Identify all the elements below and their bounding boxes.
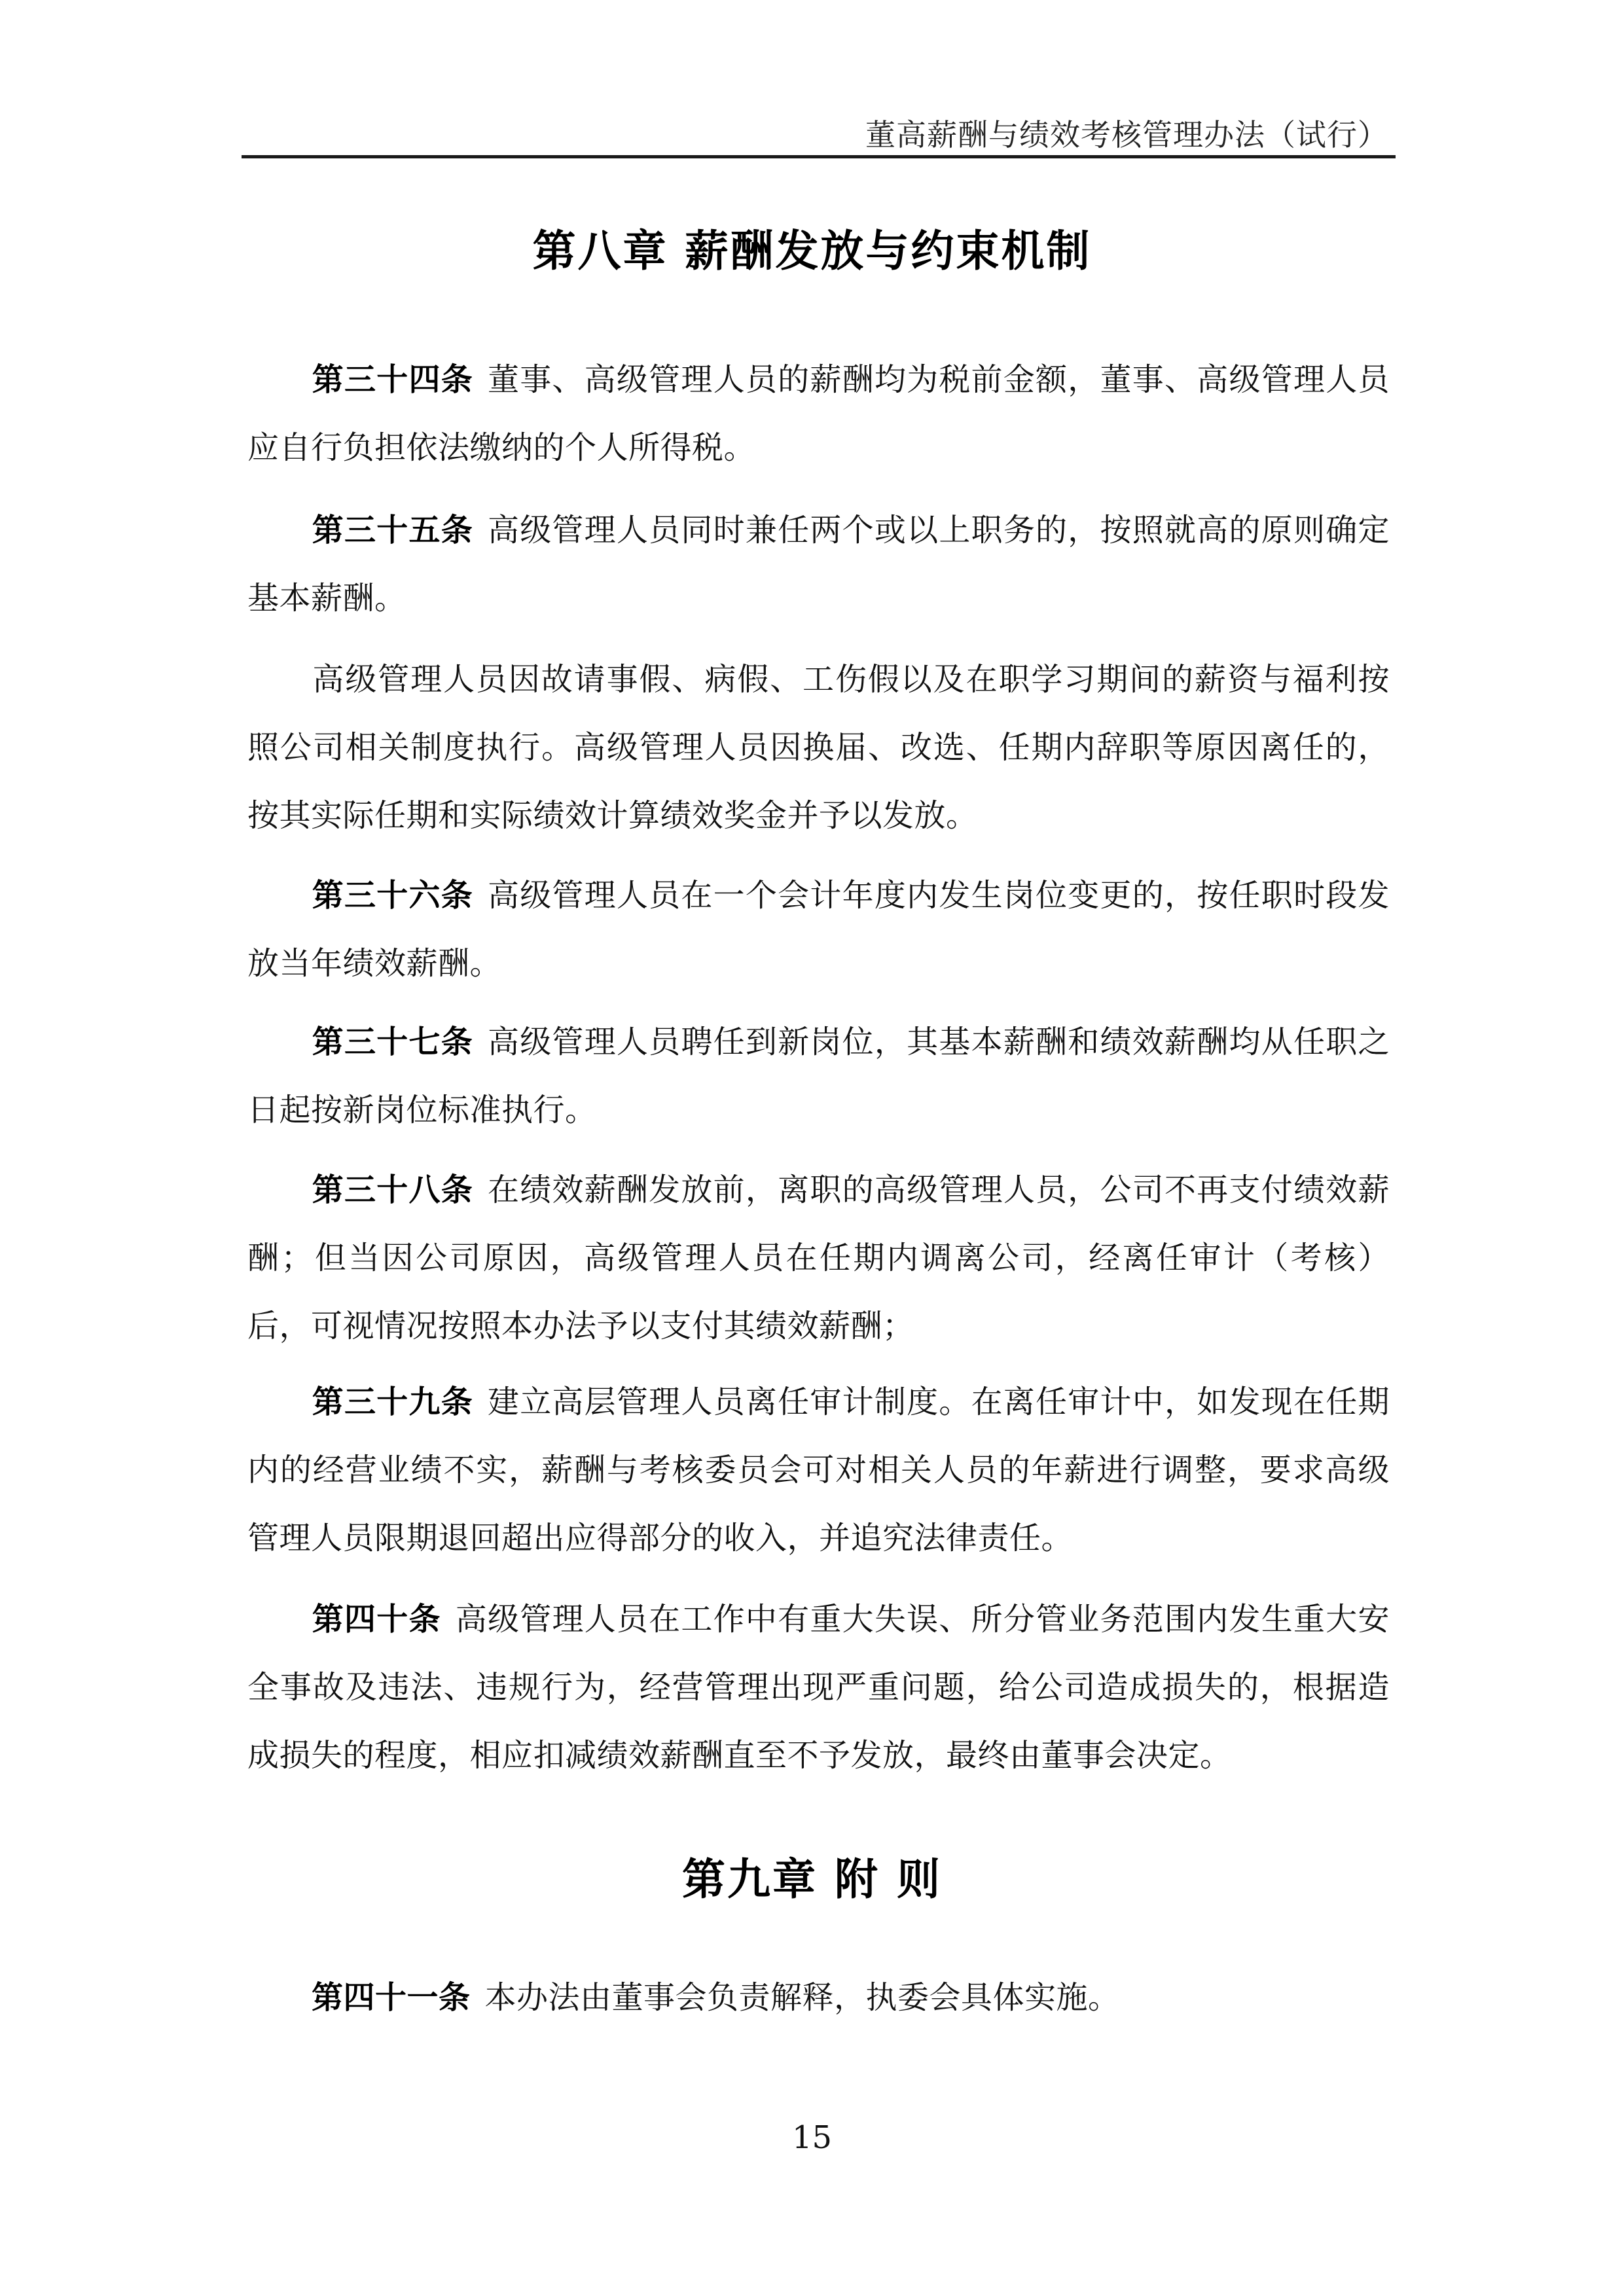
article-35-paragraph-2: 高级管理人员因故请事假、病假、工伤假以及在职学习期间的薪资与福利按照公司相关制度… [247,645,1390,850]
chapter-8-title: 第八章 薪酬发放与约束机制 [0,216,1624,278]
article-37: 第三十七条高级管理人员聘任到新岗位，其基本薪酬和绩效薪酬均从任职之日起按新岗位标… [247,1008,1390,1144]
article-38: 第三十八条在绩效薪酬发放前，离职的高级管理人员，公司不再支付绩效薪酬；但当因公司… [247,1156,1390,1360]
article-number: 第三十四条 [312,361,473,398]
article-number: 第三十五条 [312,512,473,548]
article-text: 本办法由董事会负责解释，执委会具体实施。 [485,1979,1120,2016]
document-header-title: 董高薪酬与绩效考核管理办法（试行） [865,111,1388,154]
article-number: 第四十条 [312,1601,441,1638]
article-number: 第三十八条 [312,1172,473,1208]
header-divider [242,155,1396,158]
article-40: 第四十条高级管理人员在工作中有重大失误、所分管业务范围内发生重大安全事故及违法、… [247,1585,1390,1789]
article-35: 第三十五条高级管理人员同时兼任两个或以上职务的，按照就高的原则确定基本薪酬。 [247,496,1390,632]
article-34: 第三十四条董事、高级管理人员的薪酬均为税前金额，董事、高级管理人员应自行负担依法… [247,346,1390,482]
article-number: 第三十九条 [312,1384,473,1420]
article-text: 高级管理人员因故请事假、病假、工伤假以及在职学习期间的薪资与福利按照公司相关制度… [247,661,1390,834]
article-39: 第三十九条建立高层管理人员离任审计制度。在离任审计中，如发现在任期内的经营业绩不… [247,1368,1390,1572]
article-41: 第四十一条本办法由董事会负责解释，执委会具体实施。 [247,1964,1390,2032]
chapter-9-title: 第九章 附 则 [0,1844,1624,1907]
page-number: 15 [0,2119,1624,2156]
article-36: 第三十六条高级管理人员在一个会计年度内发生岗位变更的，按任职时段发放当年绩效薪酬… [247,861,1390,997]
article-number: 第四十一条 [312,1979,471,2016]
article-number: 第三十七条 [312,1024,473,1060]
article-number: 第三十六条 [312,877,473,914]
